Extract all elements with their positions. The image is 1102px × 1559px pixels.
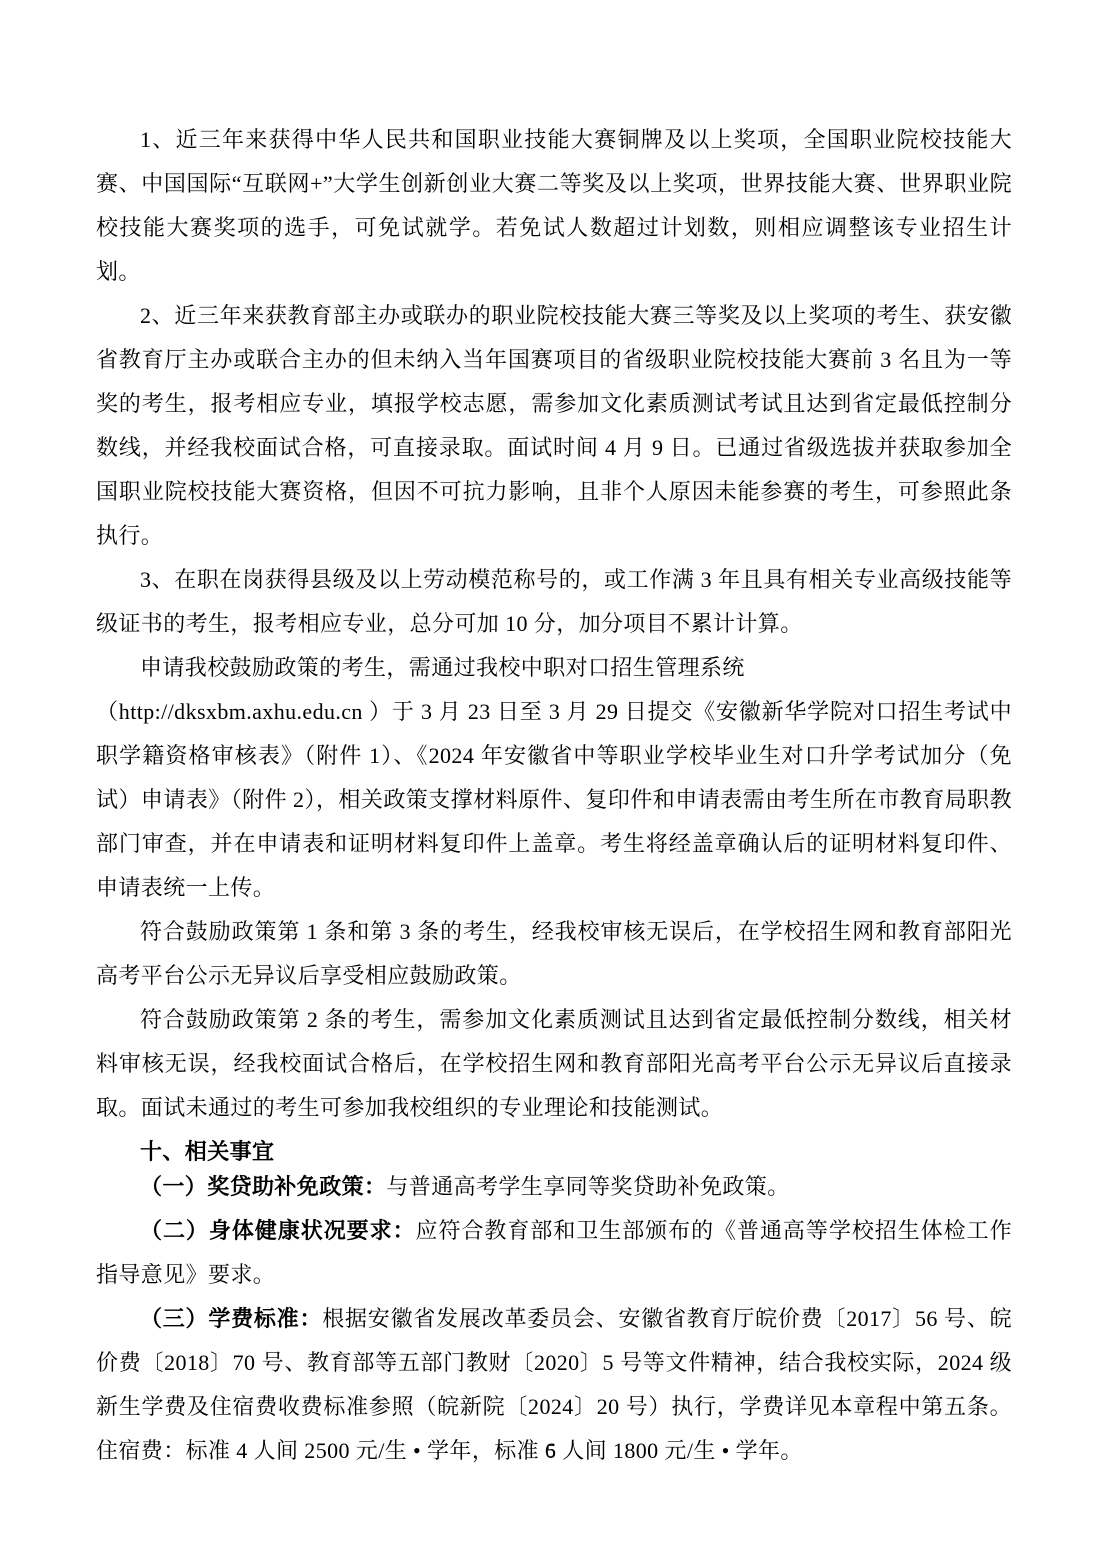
paragraph: 2、近三年来获教育部主办或联办的职业院校技能大赛三等奖及以上奖项的考生、获安徽省… — [96, 294, 1012, 558]
document-page: 1、近三年来获得中华人民共和国职业技能大赛铜牌及以上奖项，全国职业院校技能大赛、… — [0, 0, 1102, 1559]
page-number: 5 — [546, 1441, 556, 1462]
paragraph: （http://dksxbm.axhu.edu.cn ）于 3 月 23 日至 … — [96, 690, 1012, 910]
paragraph: 符合鼓励政策第 2 条的考生，需参加文化素质测试且达到省定最低控制分数线，相关材… — [96, 998, 1012, 1130]
paragraph: 3、在职在岗获得县级及以上劳动模范称号的，或工作满 3 年且具有相关专业高级技能… — [96, 558, 1012, 646]
item-label: （二）身体健康状况要求： — [140, 1218, 416, 1243]
document-body: 1、近三年来获得中华人民共和国职业技能大赛铜牌及以上奖项，全国职业院校技能大赛、… — [96, 118, 1012, 1473]
paragraph: （一）奖贷助补免政策：与普通高考学生享同等奖贷助补免政策。 — [96, 1165, 1012, 1209]
paragraph: （二）身体健康状况要求：应符合教育部和卫生部颁布的《普通高等学校招生体检工作指导… — [96, 1209, 1012, 1297]
paragraph: 1、近三年来获得中华人民共和国职业技能大赛铜牌及以上奖项，全国职业院校技能大赛、… — [96, 118, 1012, 294]
paragraph: 申请我校鼓励政策的考生，需通过我校中职对口招生管理系统 — [96, 646, 1012, 690]
paragraph: 符合鼓励政策第 1 条和第 3 条的考生，经我校审核无误后，在学校招生网和教育部… — [96, 910, 1012, 998]
item-label: （三）学费标准： — [140, 1306, 322, 1331]
item-label: （一）奖贷助补免政策： — [140, 1174, 386, 1199]
page-footer: 5 — [0, 1440, 1102, 1464]
